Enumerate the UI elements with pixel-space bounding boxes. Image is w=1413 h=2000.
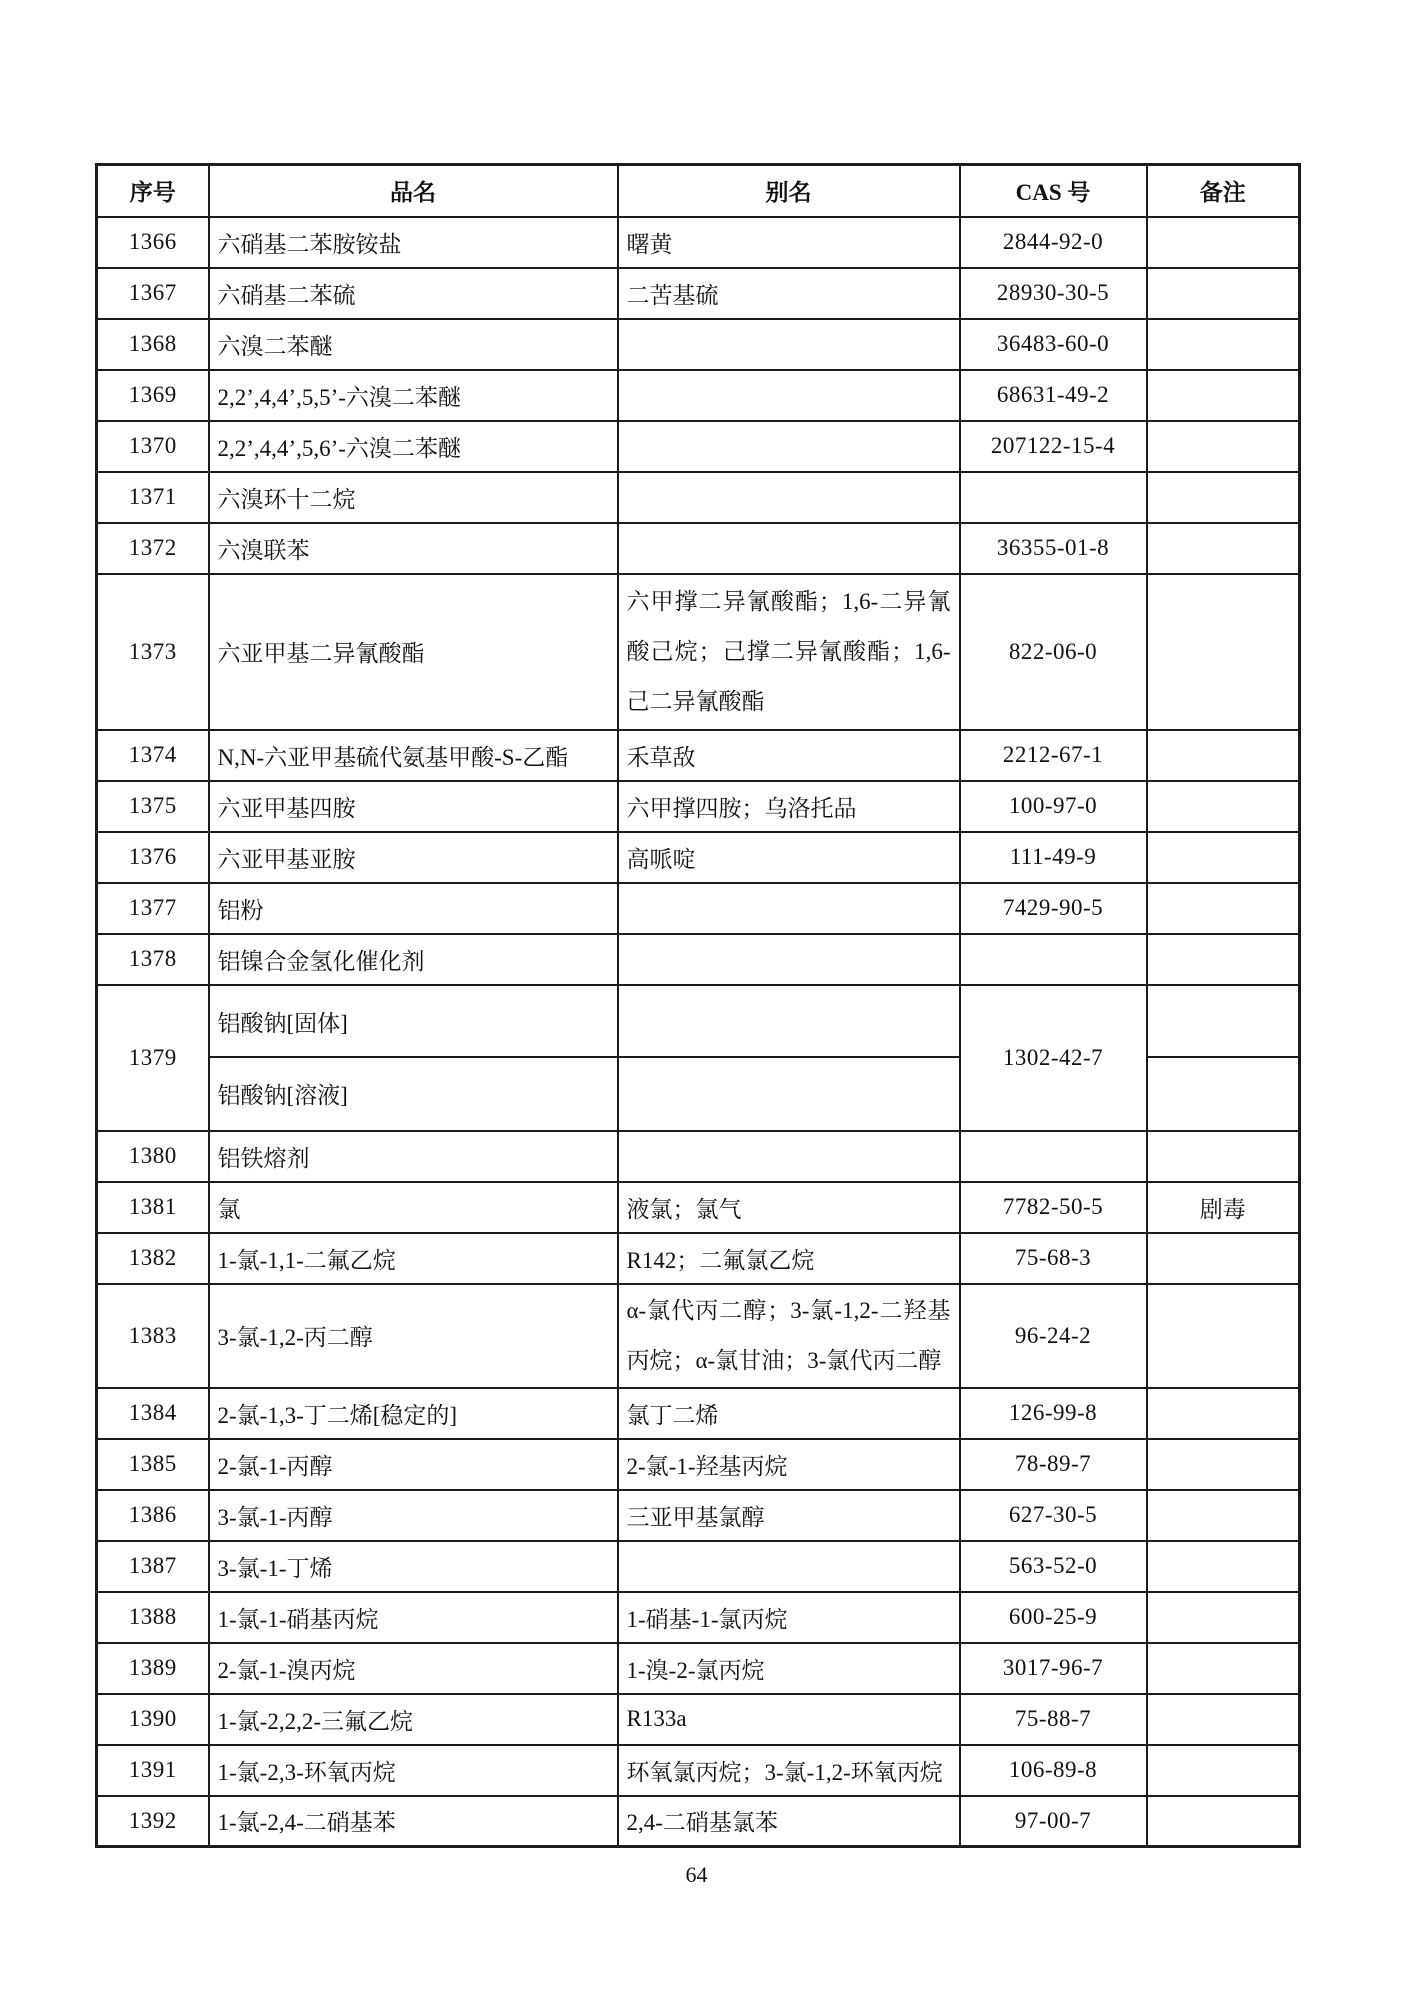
table-row: 1378铝镍合金氢化催化剂 [97, 934, 1300, 985]
cas-cell: 78-89-7 [960, 1439, 1147, 1490]
cas-cell: 36483-60-0 [960, 319, 1147, 370]
alias-cell: 2,4-二硝基氯苯 [618, 1796, 960, 1847]
note-cell [1147, 1592, 1300, 1643]
table-row: 1380铝铁熔剂 [97, 1131, 1300, 1182]
serial-cell: 1391 [97, 1745, 209, 1796]
table-row: 13901-氯-2,2,2-三氟乙烷R133a75-88-7 [97, 1694, 1300, 1745]
cas-cell: 100-97-0 [960, 781, 1147, 832]
table-row: 1374N,N-六亚甲基硫代氨基甲酸-S-乙酯禾草敌2212-67-1 [97, 730, 1300, 781]
alias-cell: R142；二氟氯乙烷 [618, 1233, 960, 1284]
serial-cell: 1371 [97, 472, 209, 523]
table-row: 13842-氯-1,3-丁二烯[稳定的]氯丁二烯126-99-8 [97, 1388, 1300, 1439]
cas-cell: 3017-96-7 [960, 1643, 1147, 1694]
note-cell [1147, 1796, 1300, 1847]
cas-cell: 75-88-7 [960, 1694, 1147, 1745]
name-cell: 铝酸钠[固体]铝酸钠[溶液] [209, 985, 618, 1131]
cas-cell: 627-30-5 [960, 1490, 1147, 1541]
serial-cell: 1372 [97, 523, 209, 574]
alias-cell-bottom [619, 1058, 959, 1129]
name-cell: 3-氯-1,2-丙二醇 [209, 1284, 618, 1388]
cas-cell: 822-06-0 [960, 574, 1147, 730]
alias-cell [618, 370, 960, 421]
table-row: 13852-氯-1-丙醇2-氯-1-羟基丙烷78-89-7 [97, 1439, 1300, 1490]
header-row: 序号 品名 别名 CAS 号 备注 [97, 165, 1300, 217]
serial-cell: 1375 [97, 781, 209, 832]
document-page: 序号 品名 别名 CAS 号 备注 1366六硝基二苯胺铵盐曙黄2844-92-… [0, 0, 1413, 2000]
alias-cell [618, 883, 960, 934]
table-row: 1381氯液氯；氯气7782-50-5剧毒 [97, 1182, 1300, 1233]
serial-cell: 1381 [97, 1182, 209, 1233]
table-header: 序号 品名 别名 CAS 号 备注 [97, 165, 1300, 217]
alias-cell: 环氧氯丙烷；3-氯-1,2-环氧丙烷 [618, 1745, 960, 1796]
name-cell: 六溴联苯 [209, 523, 618, 574]
cas-cell: 2212-67-1 [960, 730, 1147, 781]
cas-cell: 68631-49-2 [960, 370, 1147, 421]
table-row: 13702,2’,4,4’,5,6’-六溴二苯醚207122-15-4 [97, 421, 1300, 472]
name-cell: 六溴环十二烷 [209, 472, 618, 523]
name-cell: 铝铁熔剂 [209, 1131, 618, 1182]
name-cell: 六溴二苯醚 [209, 319, 618, 370]
name-cell: 1-氯-1-硝基丙烷 [209, 1592, 618, 1643]
name-cell: 六亚甲基二异氰酸酯 [209, 574, 618, 730]
cas-cell: 96-24-2 [960, 1284, 1147, 1388]
cas-cell [960, 934, 1147, 985]
alias-cell: 曙黄 [618, 217, 960, 268]
name-cell: 六硝基二苯胺铵盐 [209, 217, 618, 268]
alias-cell: 禾草敌 [618, 730, 960, 781]
serial-cell: 1368 [97, 319, 209, 370]
table-row: 13892-氯-1-溴丙烷1-溴-2-氯丙烷3017-96-7 [97, 1643, 1300, 1694]
alias-cell: 三亚甲基氯醇 [618, 1490, 960, 1541]
name-cell: 2,2’,4,4’,5,6’-六溴二苯醚 [209, 421, 618, 472]
table-row: 1375六亚甲基四胺六甲撑四胺；乌洛托品100-97-0 [97, 781, 1300, 832]
note-cell [1147, 1694, 1300, 1745]
name-cell: 1-氯-2,4-二硝基苯 [209, 1796, 618, 1847]
note-cell [1147, 1490, 1300, 1541]
name-cell-top: 铝酸钠[固体] [210, 987, 617, 1058]
alias-cell [618, 934, 960, 985]
cas-cell: 106-89-8 [960, 1745, 1147, 1796]
cas-cell: 600-25-9 [960, 1592, 1147, 1643]
alias-cell: R133a [618, 1694, 960, 1745]
serial-cell: 1377 [97, 883, 209, 934]
table-row: 13821-氯-1,1-二氟乙烷R142；二氟氯乙烷75-68-3 [97, 1233, 1300, 1284]
note-cell [1147, 1643, 1300, 1694]
alias-cell [618, 472, 960, 523]
table-row: 1371六溴环十二烷 [97, 472, 1300, 523]
note-cell [1147, 472, 1300, 523]
page-number: 64 [95, 1862, 1298, 1888]
serial-cell: 1380 [97, 1131, 209, 1182]
note-cell [1147, 832, 1300, 883]
table-row: 13881-氯-1-硝基丙烷1-硝基-1-氯丙烷600-25-9 [97, 1592, 1300, 1643]
note-cell [1147, 1284, 1300, 1388]
name-cell: 3-氯-1-丁烯 [209, 1541, 618, 1592]
name-cell: 六亚甲基亚胺 [209, 832, 618, 883]
table-row: 1373六亚甲基二异氰酸酯六甲撑二异氰酸酯；1,6-二异氰酸己烷；己撑二异氰酸酯… [97, 574, 1300, 730]
name-cell: 1-氯-2,3-环氧丙烷 [209, 1745, 618, 1796]
name-cell: 3-氯-1-丙醇 [209, 1490, 618, 1541]
serial-cell: 1385 [97, 1439, 209, 1490]
serial-cell: 1384 [97, 1388, 209, 1439]
note-cell: 剧毒 [1147, 1182, 1300, 1233]
alias-cell: 2-氯-1-羟基丙烷 [618, 1439, 960, 1490]
cas-cell: 563-52-0 [960, 1541, 1147, 1592]
name-cell: 铝粉 [209, 883, 618, 934]
serial-cell: 1387 [97, 1541, 209, 1592]
serial-cell: 1390 [97, 1694, 209, 1745]
cas-cell: 1302-42-7 [960, 985, 1147, 1131]
alias-cell: 六甲撑二异氰酸酯；1,6-二异氰酸己烷；己撑二异氰酸酯；1,6-己二异氰酸酯 [618, 574, 960, 730]
cas-cell: 7782-50-5 [960, 1182, 1147, 1233]
alias-cell: 二苦基硫 [618, 268, 960, 319]
cas-cell: 36355-01-8 [960, 523, 1147, 574]
serial-cell: 1388 [97, 1592, 209, 1643]
cas-cell: 126-99-8 [960, 1388, 1147, 1439]
note-cell [1147, 1541, 1300, 1592]
serial-cell: 1379 [97, 985, 209, 1131]
alias-cell-top [619, 987, 959, 1058]
name-cell: 2,2’,4,4’,5,5’-六溴二苯醚 [209, 370, 618, 421]
note-cell-bottom [1148, 1058, 1299, 1129]
table-row: 1372六溴联苯36355-01-8 [97, 523, 1300, 574]
note-cell [1147, 217, 1300, 268]
alias-cell [618, 985, 960, 1131]
table-row: 1379铝酸钠[固体]铝酸钠[溶液]1302-42-7 [97, 985, 1300, 1131]
cas-cell: 97-00-7 [960, 1796, 1147, 1847]
serial-cell: 1389 [97, 1643, 209, 1694]
note-cell [1147, 1131, 1300, 1182]
serial-cell: 1386 [97, 1490, 209, 1541]
alias-cell: 六甲撑四胺；乌洛托品 [618, 781, 960, 832]
cas-cell: 2844-92-0 [960, 217, 1147, 268]
name-cell-bottom: 铝酸钠[溶液] [210, 1058, 617, 1129]
serial-cell: 1382 [97, 1233, 209, 1284]
alias-cell [618, 1541, 960, 1592]
table-row: 13921-氯-2,4-二硝基苯2,4-二硝基氯苯97-00-7 [97, 1796, 1300, 1847]
table-row: 13833-氯-1,2-丙二醇α-氯代丙二醇；3-氯-1,2-二羟基丙烷；α-氯… [97, 1284, 1300, 1388]
table-row: 13873-氯-1-丁烯563-52-0 [97, 1541, 1300, 1592]
table-row: 1368六溴二苯醚36483-60-0 [97, 319, 1300, 370]
name-cell: 1-氯-2,2,2-三氟乙烷 [209, 1694, 618, 1745]
table-row: 13863-氯-1-丙醇三亚甲基氯醇627-30-5 [97, 1490, 1300, 1541]
cas-cell: 7429-90-5 [960, 883, 1147, 934]
note-cell [1147, 985, 1300, 1131]
note-cell-top [1148, 987, 1299, 1058]
serial-cell: 1373 [97, 574, 209, 730]
alias-cell: 高哌啶 [618, 832, 960, 883]
name-cell: 铝镍合金氢化催化剂 [209, 934, 618, 985]
header-note: 备注 [1147, 165, 1300, 217]
note-cell [1147, 934, 1300, 985]
header-alias: 别名 [618, 165, 960, 217]
note-cell [1147, 1233, 1300, 1284]
serial-cell: 1378 [97, 934, 209, 985]
serial-cell: 1376 [97, 832, 209, 883]
note-cell [1147, 1439, 1300, 1490]
alias-cell [618, 523, 960, 574]
chemicals-table: 序号 品名 别名 CAS 号 备注 1366六硝基二苯胺铵盐曙黄2844-92-… [95, 163, 1301, 1848]
note-cell [1147, 883, 1300, 934]
alias-cell: 1-溴-2-氯丙烷 [618, 1643, 960, 1694]
note-cell [1147, 1388, 1300, 1439]
note-cell [1147, 268, 1300, 319]
table-row: 13692,2’,4,4’,5,5’-六溴二苯醚68631-49-2 [97, 370, 1300, 421]
cas-cell: 28930-30-5 [960, 268, 1147, 319]
note-cell [1147, 370, 1300, 421]
note-cell [1147, 574, 1300, 730]
table-row: 1377铝粉7429-90-5 [97, 883, 1300, 934]
serial-cell: 1370 [97, 421, 209, 472]
header-name: 品名 [209, 165, 618, 217]
note-cell [1147, 523, 1300, 574]
alias-cell: 氯丁二烯 [618, 1388, 960, 1439]
cas-cell: 111-49-9 [960, 832, 1147, 883]
alias-cell: 液氯；氯气 [618, 1182, 960, 1233]
serial-cell: 1367 [97, 268, 209, 319]
note-cell [1147, 421, 1300, 472]
name-cell: N,N-六亚甲基硫代氨基甲酸-S-乙酯 [209, 730, 618, 781]
cas-cell: 75-68-3 [960, 1233, 1147, 1284]
serial-cell: 1374 [97, 730, 209, 781]
table-body: 1366六硝基二苯胺铵盐曙黄2844-92-01367六硝基二苯硫二苦基硫289… [97, 217, 1300, 1847]
alias-cell [618, 319, 960, 370]
note-cell [1147, 781, 1300, 832]
header-cas: CAS 号 [960, 165, 1147, 217]
name-cell: 氯 [209, 1182, 618, 1233]
name-cell: 2-氯-1-丙醇 [209, 1439, 618, 1490]
serial-cell: 1369 [97, 370, 209, 421]
serial-cell: 1366 [97, 217, 209, 268]
cas-cell: 207122-15-4 [960, 421, 1147, 472]
serial-cell: 1383 [97, 1284, 209, 1388]
table-row: 1367六硝基二苯硫二苦基硫28930-30-5 [97, 268, 1300, 319]
table-row: 13911-氯-2,3-环氧丙烷环氧氯丙烷；3-氯-1,2-环氧丙烷106-89… [97, 1745, 1300, 1796]
name-cell: 2-氯-1-溴丙烷 [209, 1643, 618, 1694]
note-cell [1147, 730, 1300, 781]
note-cell [1147, 1745, 1300, 1796]
name-cell: 六亚甲基四胺 [209, 781, 618, 832]
header-serial: 序号 [97, 165, 209, 217]
note-cell [1147, 319, 1300, 370]
serial-cell: 1392 [97, 1796, 209, 1847]
name-cell: 1-氯-1,1-二氟乙烷 [209, 1233, 618, 1284]
alias-cell [618, 421, 960, 472]
name-cell: 六硝基二苯硫 [209, 268, 618, 319]
alias-cell: α-氯代丙二醇；3-氯-1,2-二羟基丙烷；α-氯甘油；3-氯代丙二醇 [618, 1284, 960, 1388]
alias-cell [618, 1131, 960, 1182]
name-cell: 2-氯-1,3-丁二烯[稳定的] [209, 1388, 618, 1439]
table-row: 1366六硝基二苯胺铵盐曙黄2844-92-0 [97, 217, 1300, 268]
table-row: 1376六亚甲基亚胺高哌啶111-49-9 [97, 832, 1300, 883]
cas-cell [960, 1131, 1147, 1182]
alias-cell: 1-硝基-1-氯丙烷 [618, 1592, 960, 1643]
cas-cell [960, 472, 1147, 523]
